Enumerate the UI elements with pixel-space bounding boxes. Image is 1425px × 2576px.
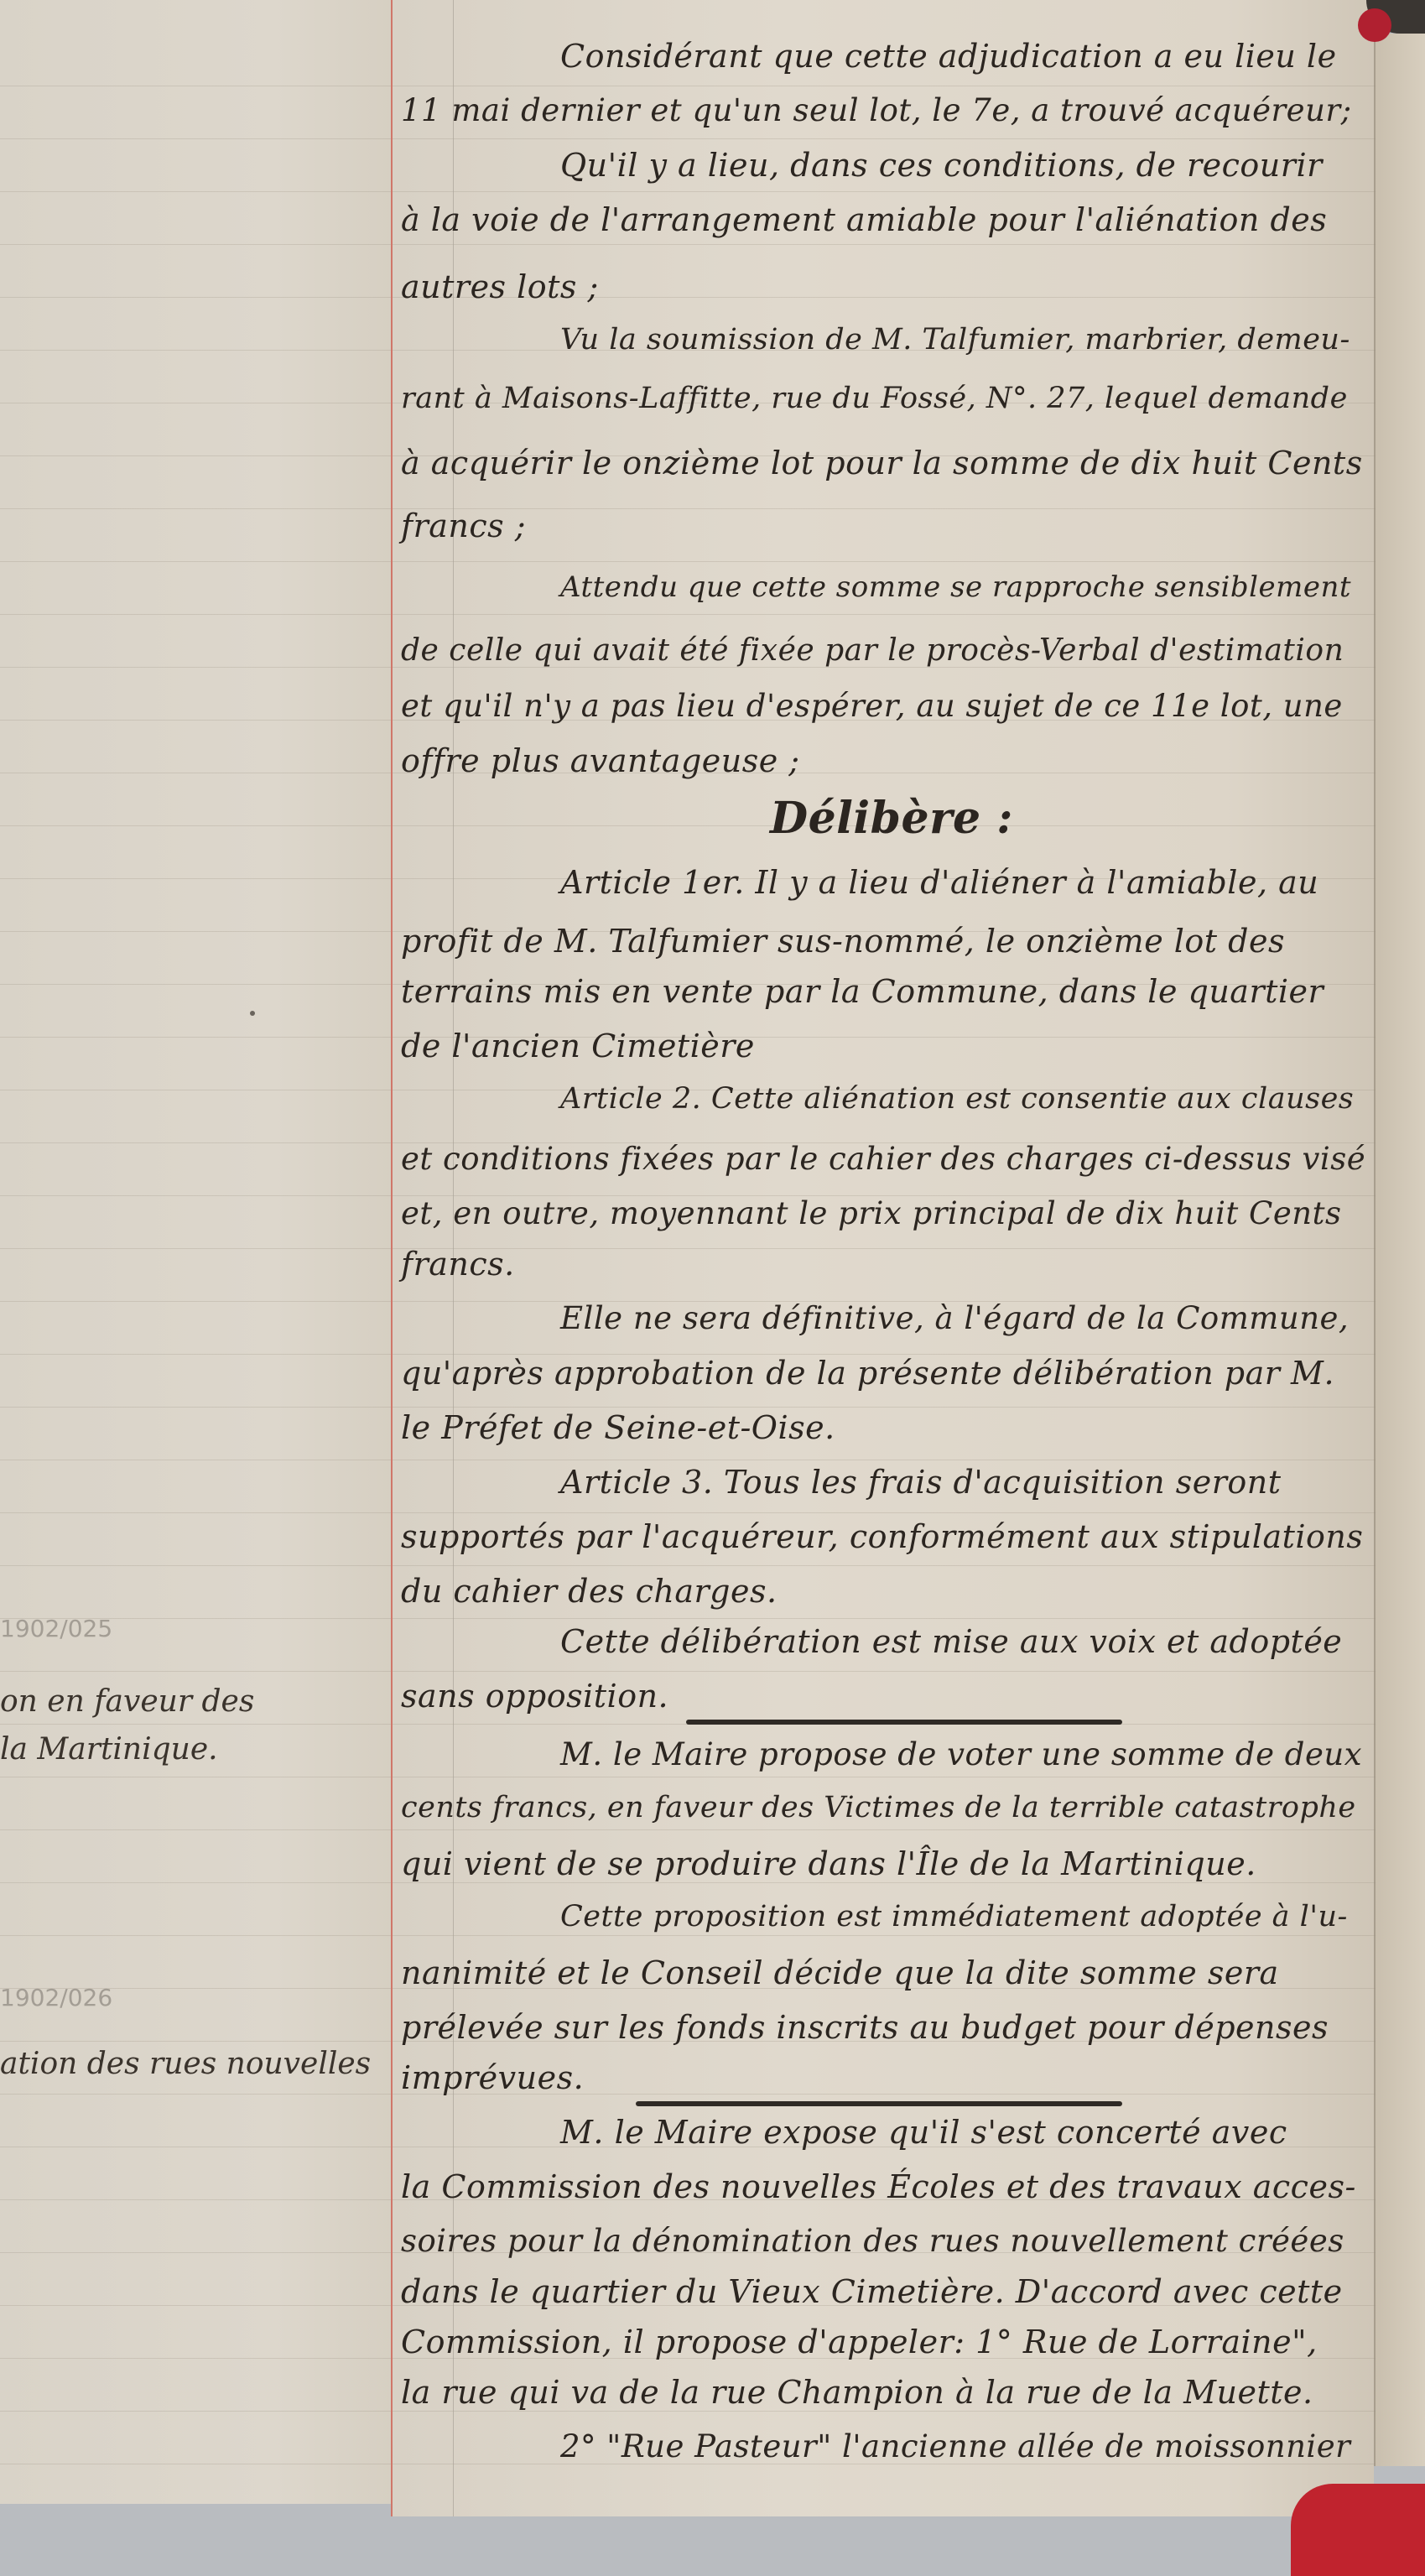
text-line: supportés par l'acquéreur, conformément … xyxy=(401,1518,1363,1555)
margin-reference-1: 1902/025 xyxy=(0,1615,112,1642)
text-line: terrains mis en vente par la Commune, da… xyxy=(401,973,1324,1010)
text-line: nanimité et le Conseil décide que la dit… xyxy=(401,1954,1279,1991)
text-line: francs. xyxy=(401,1246,515,1283)
text-line: profit de M. Talfumier sus-nommé, le onz… xyxy=(401,923,1285,960)
text-line: 2° "Rue Pasteur" l'ancienne allée de moi… xyxy=(560,2428,1350,2464)
text-line: offre plus avantageuse ; xyxy=(401,742,800,779)
text-line: Considérant que cette adjudication a eu … xyxy=(560,38,1337,75)
text-line: Vu la soumission de M. Talfumier, marbri… xyxy=(560,323,1350,356)
text-line: Cette délibération est mise aux voix et … xyxy=(560,1623,1342,1660)
text-line: francs ; xyxy=(401,507,526,544)
text-line: prélevée sur les fonds inscrits au budge… xyxy=(401,2009,1329,2046)
next-leaf-edge xyxy=(1374,34,1425,2466)
section-divider xyxy=(636,2101,1122,2106)
margin-reference-2: 1902/026 xyxy=(0,1984,112,2011)
text-line: Cette proposition est immédiatement adop… xyxy=(560,1900,1348,1933)
text-line: dans le quartier du Vieux Cimetière. D'a… xyxy=(401,2273,1343,2310)
text-line: Article 1er. Il y a lieu d'aliéner à l'a… xyxy=(560,864,1318,901)
text-line: le Préfet de Seine-et-Oise. xyxy=(401,1409,835,1446)
text-line: du cahier des charges. xyxy=(401,1573,778,1610)
text-line: la rue qui va de la rue Champion à la ru… xyxy=(401,2374,1313,2411)
text-line: et qu'il n'y a pas lieu d'espérer, au su… xyxy=(401,688,1343,724)
deliberation-heading: Délibère : xyxy=(770,793,1013,844)
text-line: 11 mai dernier et qu'un seul lot, le 7e,… xyxy=(401,92,1352,128)
text-line: cents francs, en faveur des Victimes de … xyxy=(401,1791,1356,1824)
text-line: M. le Maire propose de voter une somme d… xyxy=(560,1736,1362,1772)
margin-note-2-line-1: ation des rues nouvelles xyxy=(0,2047,371,2081)
text-line: la Commission des nouvelles Écoles et de… xyxy=(401,2168,1356,2205)
text-line: imprévues. xyxy=(401,2059,584,2096)
margin-note-1-line-2: la Martinique. xyxy=(0,1732,218,1767)
text-line: rant à Maisons-Laffitte, rue du Fossé, N… xyxy=(401,382,1348,415)
margin-note-1-line-1: on en faveur des xyxy=(0,1684,254,1719)
text-line: à acquérir le onzième lot pour la somme … xyxy=(401,445,1363,481)
text-line: Article 2. Cette aliénation est consenti… xyxy=(560,1082,1354,1116)
text-line: Article 3. Tous les frais d'acquisition … xyxy=(560,1464,1281,1501)
section-divider xyxy=(686,1720,1122,1725)
text-line: de l'ancien Cimetière xyxy=(401,1028,755,1064)
text-line: à la voie de l'arrangement amiable pour … xyxy=(401,201,1327,238)
binding-red-bottom xyxy=(1291,2484,1425,2576)
text-line: qui vient de se produire dans l'Île de l… xyxy=(401,1845,1256,1882)
text-line: Commission, il propose d'appeler: 1° Rue… xyxy=(401,2324,1318,2360)
text-line: M. le Maire expose qu'il s'est concerté … xyxy=(560,2114,1287,2151)
text-line: sans opposition. xyxy=(401,1678,668,1715)
text-line: Qu'il y a lieu, dans ces conditions, de … xyxy=(560,147,1323,184)
text-line: soires pour la dénomination des rues nou… xyxy=(401,2223,1344,2259)
text-line: Elle ne sera définitive, à l'égard de la… xyxy=(560,1300,1349,1336)
text-line: et conditions fixées par le cahier des c… xyxy=(401,1141,1365,1177)
text-line: qu'après approbation de la présente déli… xyxy=(401,1355,1334,1392)
text-line: Attendu que cette somme se rapproche sen… xyxy=(560,570,1351,604)
text-line: autres lots ; xyxy=(401,268,599,305)
register-spread: 1902/025 on en faveur des la Martinique.… xyxy=(0,0,1425,2576)
red-margin-rule xyxy=(391,0,393,2516)
text-line: et, en outre, moyennant le prix principa… xyxy=(401,1195,1341,1231)
text-line: de celle qui avait été fixée par le proc… xyxy=(401,633,1344,668)
pencil-mark xyxy=(250,1011,255,1016)
